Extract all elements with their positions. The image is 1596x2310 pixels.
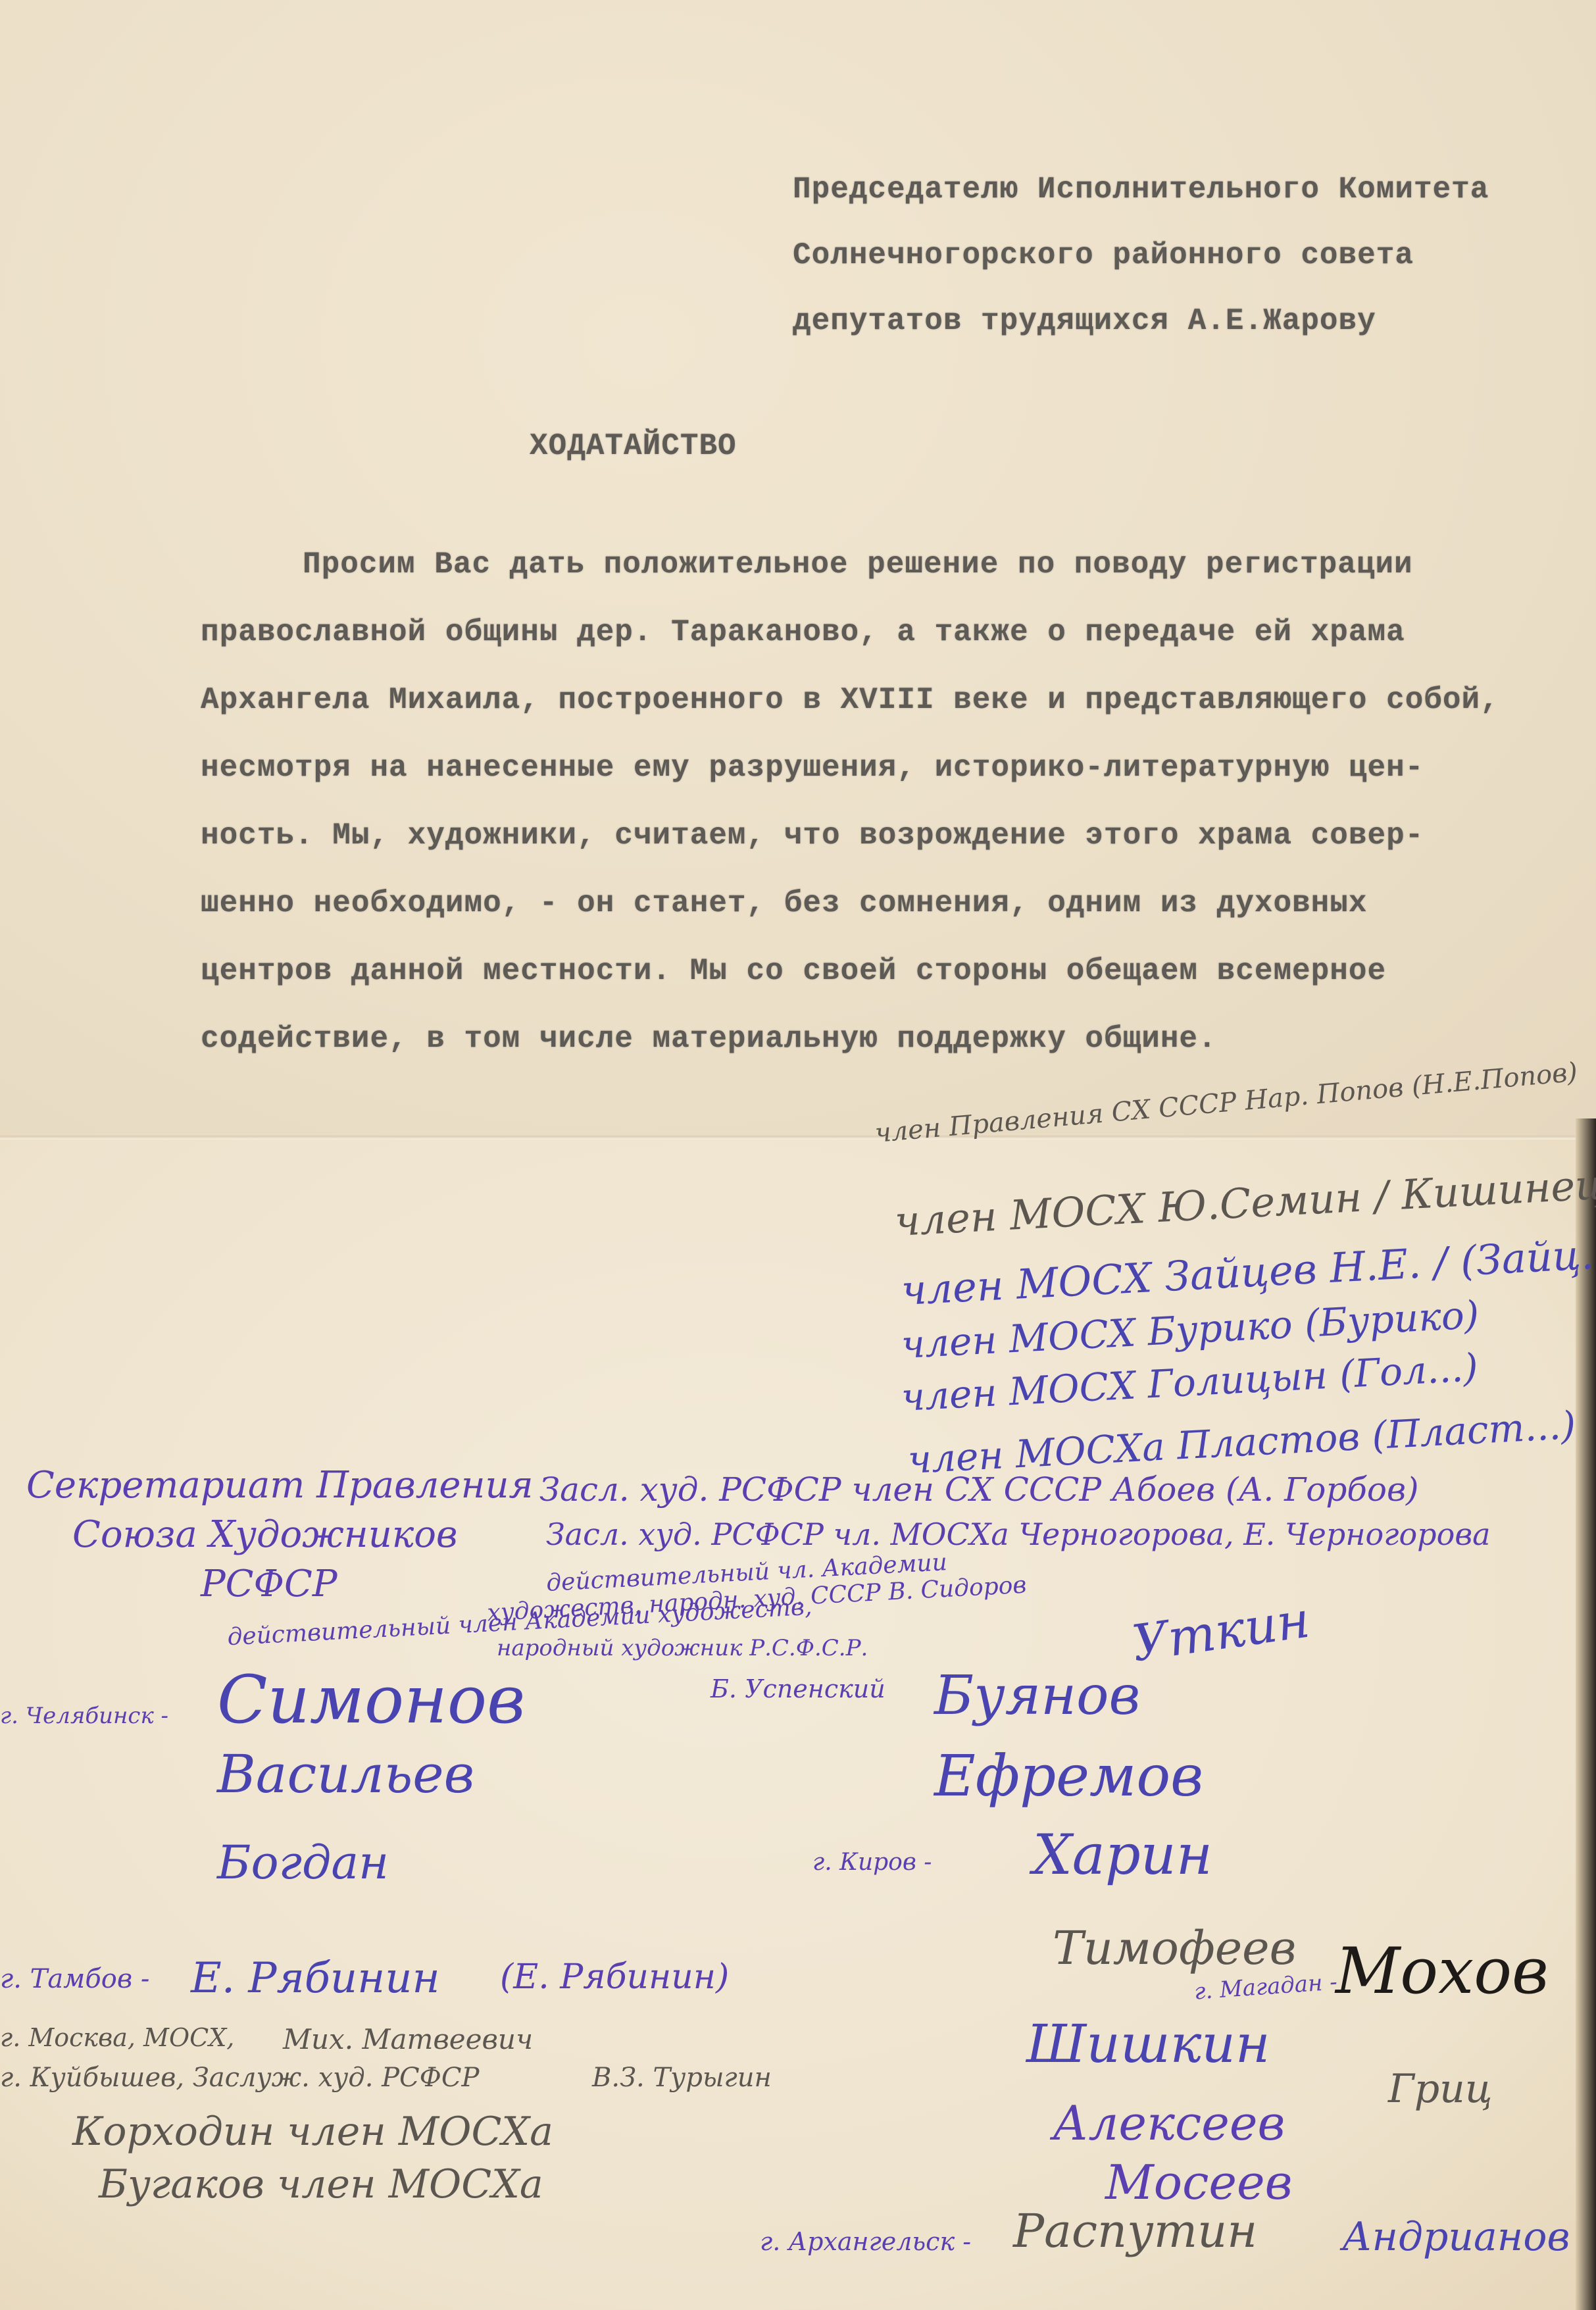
body-line: православной общины дер. Тараканово, а т… [201, 615, 1405, 649]
signature: Тимофеев [1053, 1921, 1296, 1975]
city-signature: Симонов [217, 1661, 525, 1738]
body-line: несмотря на нанесенные ему разрушения, и… [201, 751, 1424, 785]
paper-fold [0, 1136, 1596, 1140]
addressee-line: депутатов трудящихся А.Е.Жарову [793, 304, 1376, 338]
city-signature: Распутин [1013, 2204, 1257, 2258]
title-line: Засл. худ. РСФСР член СХ СССР Абоев (А. … [539, 1470, 1419, 1509]
body-line: Архангела Михаила, построенного в XVIII … [201, 683, 1499, 717]
signature-line: Корходин член МОСХа [72, 2109, 553, 2155]
signature: Шишкин [1026, 2013, 1270, 2074]
secretariat-line: РСФСР [201, 1563, 337, 1605]
city-label: г. Москва, МОСХ, [0, 2023, 234, 2052]
body-line: содействие, в том числе материальную под… [201, 1022, 1217, 1056]
city-label: г. Куйбышев, Заслуж. худ. РСФСР [0, 2063, 479, 2093]
city-signature: Мих. Матвеевич [283, 2023, 533, 2055]
city-signature: Харин [1033, 1822, 1212, 1887]
title-line: народный художник Р.С.Ф.С.Р. [497, 1635, 868, 1661]
signature: Богдан [217, 1836, 389, 1890]
signature: Мосеев [1105, 2155, 1293, 2210]
secretariat-line: Союза Художников [72, 1513, 458, 1556]
city-signature: Мохов [1335, 1934, 1549, 2008]
body-line: ность. Мы, художники, считаем, что возро… [201, 818, 1424, 853]
signature-line: Бугаков член МОСХа [99, 2161, 543, 2207]
addressee-line: Солнечногорского районного совета [793, 238, 1414, 272]
signature: Ефремов [934, 1744, 1203, 1809]
addressee-line: Председателю Исполнительного Комитета [793, 172, 1489, 207]
city-signature-note: (Е. Рябинин) [500, 1957, 729, 1997]
signature: Андрианов [1342, 2214, 1570, 2260]
signature: Буянов [934, 1665, 1140, 1727]
city-signature: В.З. Турыгин [592, 2063, 772, 2093]
title-line: Б. Успенский [711, 1674, 885, 1703]
body-line: шенно необходимо, - он станет, без сомне… [201, 886, 1367, 920]
city-signature: Е. Рябинин [191, 1954, 440, 2003]
body-line: Просим Вас дать положительное решение по… [303, 547, 1413, 582]
document-title: ХОДАТАЙСТВО [530, 429, 737, 463]
city-label: г. Тамбов - [0, 1964, 149, 1994]
paper-edge-shadow [1576, 1118, 1596, 2310]
city-label: г. Архангельск - [760, 2227, 971, 2256]
signature: Васильев [217, 1744, 474, 1805]
title-line: Засл. худ. РСФСР чл. МОСХа Черногорова, … [546, 1517, 1491, 1552]
body-line: центров данной местности. Мы со своей ст… [201, 954, 1386, 988]
signature: Гриц [1388, 2066, 1493, 2112]
city-label: г. Киров - [812, 1849, 932, 1876]
signature: Алексеев [1053, 2096, 1285, 2151]
secretariat-line: Секретариат Правления [26, 1464, 534, 1507]
city-label: г. Челябинск - [0, 1703, 168, 1729]
